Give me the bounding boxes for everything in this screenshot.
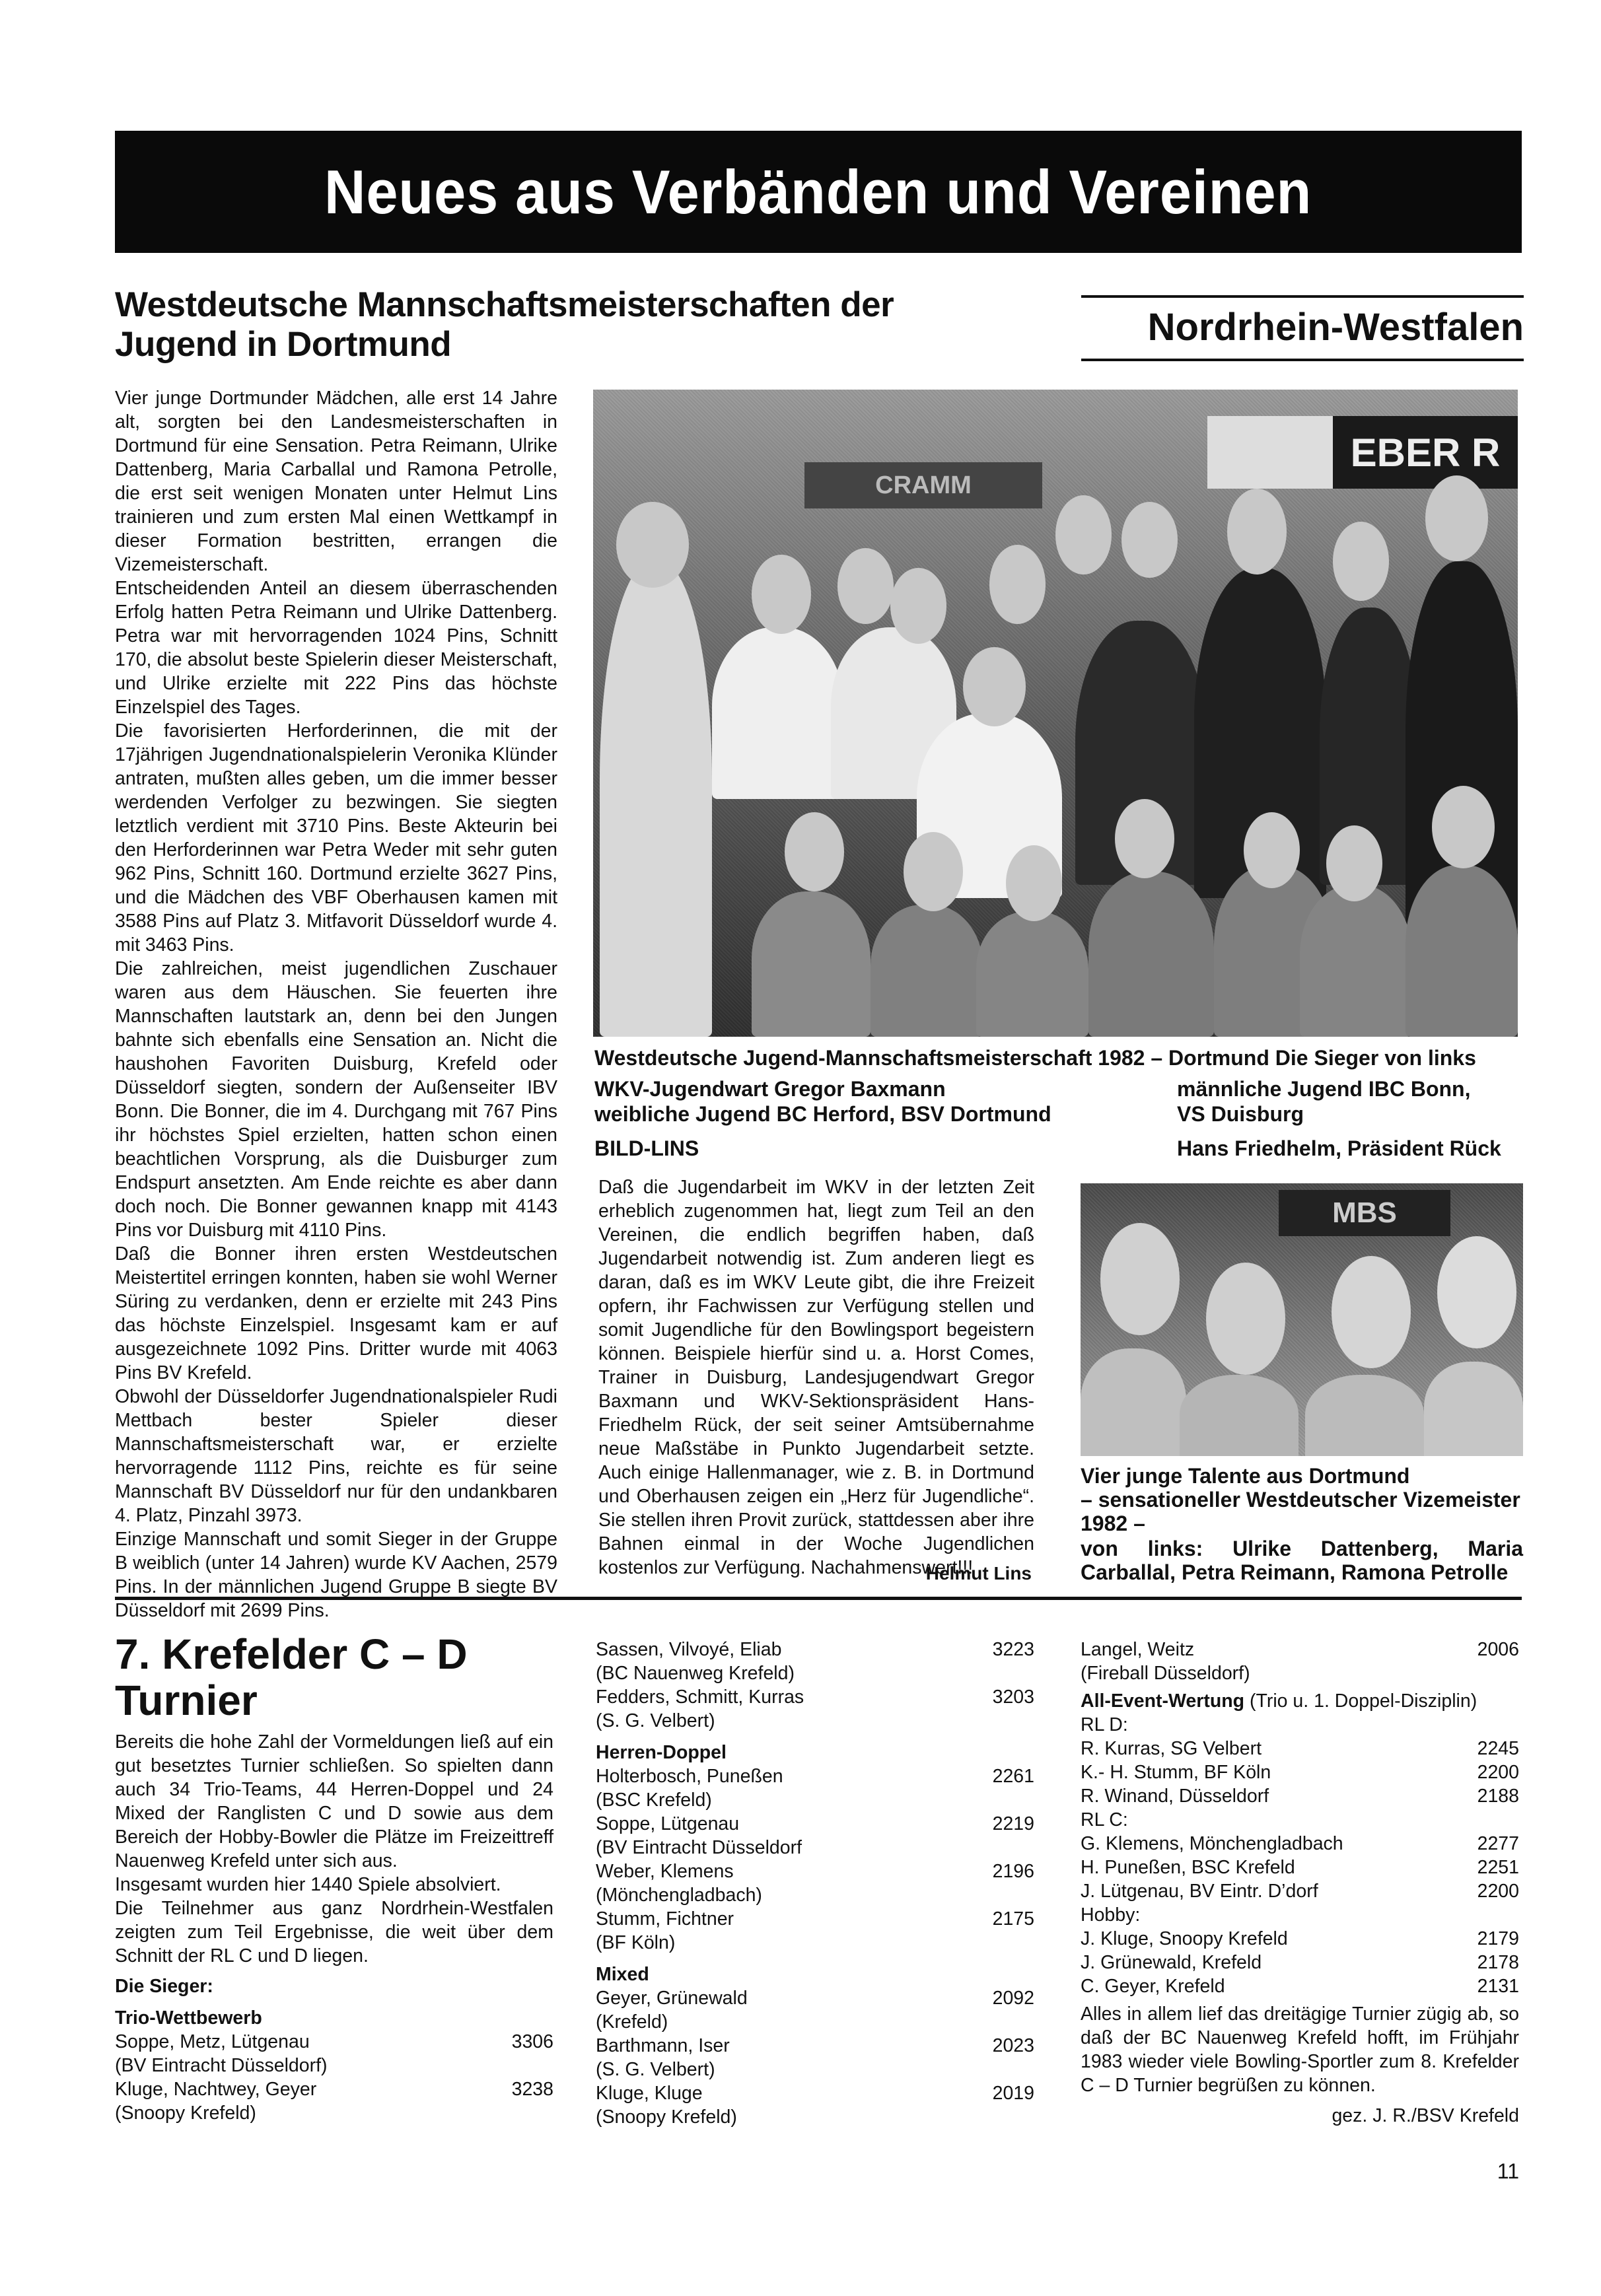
result-score: 2277 (1477, 1832, 1519, 1856)
result-score: 2200 (1477, 1760, 1519, 1784)
result-names: Soppe, Lütgenau (596, 1812, 739, 1836)
result-row: G. Klemens, Mönchengladbach2277 (1081, 1832, 1519, 1856)
results-list-right: Langel, Weitz2006 (Fireball Düsseldorf) … (1081, 1638, 1519, 2128)
group-label: RL C: (1081, 1808, 1519, 1832)
person-head (1437, 1236, 1516, 1348)
result-names: Kluge, Kluge (596, 2081, 703, 2105)
caption-line: – sensationeller Westdeutscher Vizemeist… (1081, 1488, 1523, 1535)
result-row: Stumm, Fichtner2175 (596, 1907, 1034, 1931)
photo-logo-oval (1207, 416, 1333, 489)
result-score: 2219 (993, 1812, 1034, 1836)
category-heading: Mixed (596, 1963, 1034, 1986)
caption-left-column: WKV-Jugendwart Gregor Baxmann weibliche … (594, 1076, 1057, 1161)
result-score: 3223 (993, 1638, 1034, 1661)
person-head (785, 812, 844, 891)
person (1081, 1348, 1186, 1456)
result-names: Sassen, Vilvoyé, Eliab (596, 1638, 781, 1661)
result-name: J. Kluge, Snoopy Krefeld (1081, 1927, 1288, 1951)
caption-line: Westdeutsche Jugend-Mannschaftsmeistersc… (594, 1045, 1526, 1070)
article-title-line-1: Westdeutsche Mannschaftsmeisterschaften … (115, 285, 1026, 325)
result-name: K.- H. Stumm, BF Köln (1081, 1760, 1271, 1784)
result-row: R. Winand, Düsseldorf2188 (1081, 1784, 1519, 1808)
result-name: C. Geyer, Krefeld (1081, 1974, 1225, 1998)
person-head (904, 832, 963, 911)
article-title-line-2: Jugend in Dortmund (115, 325, 1026, 365)
region-rule-top (1081, 295, 1524, 298)
result-row: Kluge, Nachtwey, Geyer3238 (115, 2077, 553, 2101)
person-head (1326, 825, 1382, 901)
result-row: Barthmann, Iser2023 (596, 2034, 1034, 2058)
person (976, 911, 1088, 1037)
result-names: Langel, Weitz (1081, 1638, 1194, 1661)
category-heading: Trio-Wettbewerb (115, 2006, 553, 2030)
team-photo: CRAMM EBER R (593, 390, 1518, 1037)
photo-credit: BILD-LINS (594, 1136, 1057, 1161)
result-names: Soppe, Metz, Lütgenau (115, 2030, 310, 2054)
results-list-middle: Sassen, Vilvoyé, Eliab3223 (BC Nauenweg … (596, 1638, 1034, 2129)
result-club: (BC Nauenweg Krefeld) (596, 1661, 1034, 1685)
caption-line: Vier junge Talente aus Dortmund (1081, 1464, 1523, 1488)
group-label: RL D: (1081, 1713, 1519, 1737)
person-head (616, 502, 689, 588)
category-note: (Trio u. 1. Doppel-Disziplin) (1244, 1690, 1477, 1712)
result-row: J. Lütgenau, BV Eintr. D’dorf2200 (1081, 1879, 1519, 1903)
result-club: (BV Eintracht Düsseldorf) (115, 2054, 553, 2077)
result-score: 2261 (993, 1764, 1034, 1788)
result-row: R. Kurras, SG Velbert2245 (1081, 1737, 1519, 1760)
result-row: Fedders, Schmitt, Kurras3203 (596, 1685, 1034, 1709)
result-name: J. Lütgenau, BV Eintr. D’dorf (1081, 1879, 1318, 1903)
result-row: H. Puneßen, BSC Krefeld2251 (1081, 1856, 1519, 1879)
paragraph: Vier junge Dortmunder Mädchen, alle erst… (115, 386, 557, 576)
person-head (1227, 489, 1287, 574)
result-score: 2092 (993, 1986, 1034, 2010)
result-row: Kluge, Kluge2019 (596, 2081, 1034, 2105)
article-body-continued: Daß die Jugendarbeit im WKV in der letzt… (598, 1175, 1034, 1580)
result-score: 2200 (1477, 1879, 1519, 1903)
result-row: Langel, Weitz2006 (1081, 1638, 1519, 1661)
talents-photo: MBS (1081, 1183, 1523, 1456)
result-club: (BV Eintracht Düsseldorf (596, 1836, 1034, 1860)
result-score: 2131 (1477, 1974, 1519, 1998)
result-name: G. Klemens, Mönchengladbach (1081, 1832, 1343, 1856)
result-score: 2019 (993, 2081, 1034, 2105)
result-row: C. Geyer, Krefeld2131 (1081, 1974, 1519, 1998)
region-label: Nordrhein-Westfalen (1081, 305, 1524, 349)
person-head (752, 555, 811, 634)
result-club: (BSC Krefeld) (596, 1788, 1034, 1812)
caption-line: weibliche Jugend BC Herford, BSV Dortmun… (594, 1101, 1057, 1127)
talents-photo-caption: Vier junge Talente aus Dortmund – sensat… (1081, 1464, 1523, 1584)
person-head (1115, 799, 1174, 878)
person (1424, 1362, 1523, 1456)
person (1088, 872, 1214, 1037)
person-head (890, 568, 946, 644)
person (1305, 1375, 1424, 1456)
result-score: 3238 (512, 2077, 553, 2101)
results-list-trio: Die Sieger: Trio-Wettbewerb Soppe, Metz,… (115, 1974, 553, 2125)
photo-sign-right: EBER R (1333, 416, 1518, 489)
paragraph: Die favorisierten Herforderinnen, die mi… (115, 719, 557, 957)
person-head (1006, 845, 1062, 921)
page-number: 11 (1493, 2159, 1519, 2184)
section-banner: Neues aus Verbänden und Vereinen (115, 131, 1522, 253)
article-title-line-2: Turnier (115, 1677, 564, 1723)
result-score: 2196 (993, 1860, 1034, 1883)
result-name: R. Kurras, SG Velbert (1081, 1737, 1262, 1760)
result-score: 2179 (1477, 1927, 1519, 1951)
result-name: R. Winand, Düsseldorf (1081, 1784, 1269, 1808)
result-row: Geyer, Grünewald2092 (596, 1986, 1034, 2010)
caption-line: männliche Jugend IBC Bonn, (1177, 1076, 1534, 1101)
paragraph: Entscheidenden Anteil an diesem überrasc… (115, 576, 557, 719)
section-divider (115, 1597, 1522, 1600)
caption-right-column: männliche Jugend IBC Bonn, VS Duisburg H… (1177, 1076, 1534, 1161)
result-row: J. Kluge, Snoopy Krefeld2179 (1081, 1927, 1519, 1951)
result-names: Weber, Klemens (596, 1860, 734, 1883)
paragraph: Insgesamt wurden hier 1440 Spiele absolv… (115, 1873, 553, 1896)
result-club: (Krefeld) (596, 2010, 1034, 2034)
result-row: Holterbosch, Puneßen2261 (596, 1764, 1034, 1788)
region-rule-bottom (1081, 359, 1524, 361)
paragraph: Einzige Mannschaft und somit Sieger in d… (115, 1527, 557, 1622)
result-names: Barthmann, Iser (596, 2034, 730, 2058)
person-head (1055, 495, 1112, 574)
result-names: Holterbosch, Puneßen (596, 1764, 783, 1788)
person-head (1100, 1223, 1180, 1335)
person (871, 905, 983, 1037)
result-score: 2006 (1477, 1638, 1519, 1661)
result-club: (S. G. Velbert) (596, 1709, 1034, 1733)
result-score: 3306 (512, 2030, 553, 2054)
person-head (1206, 1263, 1285, 1375)
result-name: J. Grünewald, Krefeld (1081, 1951, 1262, 1974)
result-names: Kluge, Nachtwey, Geyer (115, 2077, 316, 2101)
person-head (1244, 812, 1300, 888)
caption-line: von links: Ulrike Dattenberg, Maria Carb… (1081, 1537, 1523, 1584)
result-row: K.- H. Stumm, BF Köln2200 (1081, 1760, 1519, 1784)
result-score: 2178 (1477, 1951, 1519, 1974)
article-title: Westdeutsche Mannschaftsmeisterschaften … (115, 285, 1026, 365)
photo-sign-left: CRAMM (804, 462, 1042, 508)
all-event-heading: All-Event-Wertung (Trio u. 1. Doppel-Dis… (1081, 1689, 1519, 1713)
result-club: (BF Köln) (596, 1931, 1034, 1955)
person (712, 627, 844, 799)
person (1405, 865, 1518, 1037)
person-head (1333, 522, 1389, 601)
category-heading: Herren-Doppel (596, 1741, 1034, 1764)
result-club: (Fireball Düsseldorf) (1081, 1661, 1519, 1685)
result-club: (Snoopy Krefeld) (115, 2101, 553, 2125)
result-row: Soppe, Metz, Lütgenau3306 (115, 2030, 553, 2054)
section-title: Neues aus Verbänden und Vereinen (324, 157, 1312, 228)
result-name: H. Puneßen, BSC Krefeld (1081, 1856, 1295, 1879)
caption-line: VS Duisburg (1177, 1101, 1534, 1127)
winners-heading: Die Sieger: (115, 1974, 553, 1998)
result-names: Geyer, Grünewald (596, 1986, 748, 2010)
result-score: 2251 (1477, 1856, 1519, 1879)
paragraph: Die Teilnehmer aus ganz Nordrhein-Westfa… (115, 1896, 553, 1968)
team-photo-caption: Westdeutsche Jugend-Mannschaftsmeistersc… (594, 1045, 1526, 1070)
group-label: Hobby: (1081, 1903, 1519, 1927)
result-row: Soppe, Lütgenau2219 (596, 1812, 1034, 1836)
person-head (837, 548, 894, 624)
person-head (1432, 786, 1495, 868)
result-names: Stumm, Fichtner (596, 1907, 734, 1931)
result-club: (S. G. Velbert) (596, 2058, 1034, 2081)
article-title-line-1: 7. Krefelder C – D (115, 1631, 564, 1677)
article-body: Bereits die hohe Zahl der Vormeldungen l… (115, 1730, 553, 1968)
photo-sign: MBS (1279, 1190, 1450, 1236)
person-head (963, 647, 1026, 726)
paragraph: Obwohl der Düsseldorfer Jugendnationalsp… (115, 1385, 557, 1527)
result-club: (Snoopy Krefeld) (596, 2105, 1034, 2129)
result-score: 2023 (993, 2034, 1034, 2058)
person-head (989, 545, 1046, 624)
result-score: 2188 (1477, 1784, 1519, 1808)
author-byline: Helmut Lins (859, 1563, 1032, 1584)
result-row: Sassen, Vilvoyé, Eliab3223 (596, 1638, 1034, 1661)
person (752, 891, 871, 1037)
paragraph: Daß die Jugendarbeit im WKV in der letzt… (598, 1175, 1034, 1580)
person-head (1332, 1256, 1411, 1368)
article-body: Vier junge Dortmunder Mädchen, alle erst… (115, 386, 557, 1622)
result-score: 2245 (1477, 1737, 1519, 1760)
result-row: Weber, Klemens2196 (596, 1860, 1034, 1883)
person-head (1121, 502, 1178, 578)
caption-line: Hans Friedhelm, Präsident Rück (1177, 1136, 1534, 1161)
caption-line: WKV-Jugendwart Gregor Baxmann (594, 1076, 1057, 1101)
person (600, 561, 712, 1037)
paragraph: Die zahlreichen, meist jugendlichen Zusc… (115, 957, 557, 1242)
paragraph: Bereits die hohe Zahl der Vormeldungen l… (115, 1730, 553, 1873)
article-title: 7. Krefelder C – D Turnier (115, 1631, 564, 1723)
result-score: 3203 (993, 1685, 1034, 1709)
result-names: Fedders, Schmitt, Kurras (596, 1685, 804, 1709)
person (1180, 1375, 1299, 1456)
person-head (1425, 475, 1488, 561)
result-row: J. Grünewald, Krefeld2178 (1081, 1951, 1519, 1974)
signature: gez. J. R./BSV Krefeld (1081, 2104, 1519, 2128)
person (1300, 885, 1412, 1037)
closing-paragraph: Alles in allem lief das dreitägige Turni… (1081, 2002, 1519, 2097)
category-heading: All-Event-Wertung (1081, 1690, 1244, 1712)
result-score: 2175 (993, 1907, 1034, 1931)
paragraph: Daß die Bonner ihren ersten Westdeutsche… (115, 1242, 557, 1385)
result-club: (Mönchengladbach) (596, 1883, 1034, 1907)
